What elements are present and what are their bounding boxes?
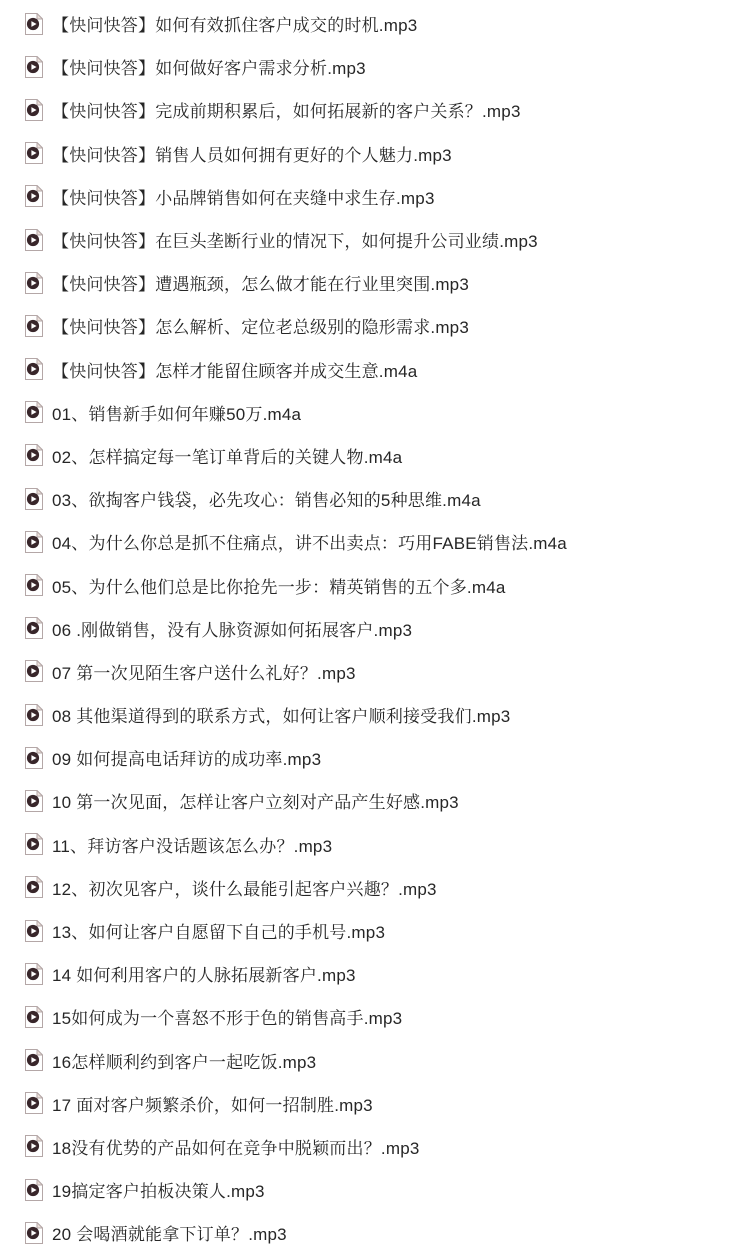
- file-name[interactable]: 08 其他渠道得到的联系方式，如何让客户顺利接受我们.mp3: [52, 702, 510, 727]
- media-file-icon: [25, 531, 43, 553]
- media-file-icon: [25, 1222, 43, 1244]
- file-row[interactable]: 【快问快答】遭遇瓶颈，怎么做才能在行业里突围.mp3: [0, 261, 730, 304]
- file-row[interactable]: 09 如何提高电话拜访的成功率.mp3: [0, 736, 730, 779]
- file-name[interactable]: 12、初次见客户，谈什么最能引起客户兴趣？.mp3: [52, 875, 437, 900]
- file-row[interactable]: 04、为什么你总是抓不住痛点，讲不出卖点：巧用FABE销售法.m4a: [0, 520, 730, 563]
- media-file-icon: [25, 13, 43, 35]
- file-row[interactable]: 19搞定客户拍板决策人.mp3: [0, 1168, 730, 1211]
- media-file-icon: [25, 185, 43, 207]
- media-file-icon: [25, 747, 43, 769]
- media-file-icon: [25, 315, 43, 337]
- media-file-icon: [25, 790, 43, 812]
- file-row[interactable]: 【快问快答】如何做好客户需求分析.mp3: [0, 45, 730, 88]
- file-name[interactable]: 13、如何让客户自愿留下自己的手机号.mp3: [52, 918, 385, 943]
- media-file-icon: [25, 876, 43, 898]
- file-row[interactable]: 16怎样顺利约到客户一起吃饭.mp3: [0, 1039, 730, 1082]
- file-row[interactable]: 【快问快答】如何有效抓住客户成交的时机.mp3: [0, 2, 730, 45]
- media-file-icon: [25, 229, 43, 251]
- media-file-icon: [25, 574, 43, 596]
- file-row[interactable]: 【快问快答】怎样才能留住顾客并成交生意.m4a: [0, 348, 730, 391]
- media-file-icon: [25, 142, 43, 164]
- file-row[interactable]: 05、为什么他们总是比你抢先一步：精英销售的五个多.m4a: [0, 563, 730, 606]
- media-file-icon: [25, 444, 43, 466]
- file-name[interactable]: 01、销售新手如何年赚50万.m4a: [52, 400, 301, 425]
- file-name[interactable]: 【快问快答】怎样才能留住顾客并成交生意.m4a: [52, 357, 417, 382]
- file-name[interactable]: 18没有优势的产品如何在竞争中脱颖而出？.mp3: [52, 1134, 420, 1159]
- file-row[interactable]: 【快问快答】完成前期积累后，如何拓展新的客户关系？.mp3: [0, 88, 730, 131]
- file-name[interactable]: 【快问快答】怎么解析、定位老总级别的隐形需求.mp3: [52, 313, 469, 338]
- file-row[interactable]: 18没有优势的产品如何在竞争中脱颖而出？.mp3: [0, 1125, 730, 1168]
- file-name[interactable]: 19搞定客户拍板决策人.mp3: [52, 1177, 265, 1202]
- media-file-icon: [25, 272, 43, 294]
- file-name[interactable]: 11、拜访客户没话题该怎么办？.mp3: [52, 832, 332, 857]
- media-file-icon: [25, 963, 43, 985]
- media-file-icon: [25, 56, 43, 78]
- media-file-icon: [25, 660, 43, 682]
- file-row[interactable]: 03、欲掏客户钱袋，必先攻心：销售必知的5种思维.m4a: [0, 477, 730, 520]
- media-file-icon: [25, 99, 43, 121]
- media-file-icon: [25, 704, 43, 726]
- file-name[interactable]: 16怎样顺利约到客户一起吃饭.mp3: [52, 1048, 316, 1073]
- media-file-icon: [25, 1179, 43, 1201]
- file-row[interactable]: 10 第一次见面，怎样让客户立刻对产品产生好感.mp3: [0, 779, 730, 822]
- media-file-icon: [25, 1135, 43, 1157]
- media-file-icon: [25, 920, 43, 942]
- file-name[interactable]: 09 如何提高电话拜访的成功率.mp3: [52, 745, 321, 770]
- file-name[interactable]: 【快问快答】销售人员如何拥有更好的个人魅力.mp3: [52, 141, 452, 166]
- media-file-icon: [25, 1006, 43, 1028]
- file-row[interactable]: 【快问快答】在巨头垄断行业的情况下，如何提升公司业绩.mp3: [0, 218, 730, 261]
- file-row[interactable]: 02、怎样搞定每一笔订单背后的关键人物.m4a: [0, 434, 730, 477]
- file-name[interactable]: 【快问快答】小品牌销售如何在夹缝中求生存.mp3: [52, 184, 435, 209]
- media-file-icon: [25, 488, 43, 510]
- media-file-icon: [25, 617, 43, 639]
- file-name[interactable]: 14 如何利用客户的人脉拓展新客户.mp3: [52, 961, 356, 986]
- file-row[interactable]: 01、销售新手如何年赚50万.m4a: [0, 391, 730, 434]
- file-row[interactable]: 13、如何让客户自愿留下自己的手机号.mp3: [0, 909, 730, 952]
- file-row[interactable]: 17 面对客户频繁杀价，如何一招制胜.mp3: [0, 1082, 730, 1125]
- file-name[interactable]: 15如何成为一个喜怒不形于色的销售高手.mp3: [52, 1004, 402, 1029]
- media-file-icon: [25, 358, 43, 380]
- file-name[interactable]: 10 第一次见面，怎样让客户立刻对产品产生好感.mp3: [52, 788, 459, 813]
- file-row[interactable]: 07 第一次见陌生客户送什么礼好？.mp3: [0, 650, 730, 693]
- file-name[interactable]: 【快问快答】如何做好客户需求分析.mp3: [52, 54, 366, 79]
- file-name[interactable]: 03、欲掏客户钱袋，必先攻心：销售必知的5种思维.m4a: [52, 486, 481, 511]
- file-name[interactable]: 17 面对客户频繁杀价，如何一招制胜.mp3: [52, 1091, 373, 1116]
- file-list: 【快问快答】如何有效抓住客户成交的时机.mp3 【快问快答】如何做好客户需求分析…: [0, 0, 730, 1254]
- file-row[interactable]: 15如何成为一个喜怒不形于色的销售高手.mp3: [0, 995, 730, 1038]
- file-row[interactable]: 20 会喝酒就能拿下订单？.mp3: [0, 1211, 730, 1254]
- file-name[interactable]: 20 会喝酒就能拿下订单？.mp3: [52, 1220, 287, 1245]
- file-row[interactable]: 【快问快答】销售人员如何拥有更好的个人魅力.mp3: [0, 132, 730, 175]
- file-row[interactable]: 14 如何利用客户的人脉拓展新客户.mp3: [0, 952, 730, 995]
- file-name[interactable]: 02、怎样搞定每一笔订单背后的关键人物.m4a: [52, 443, 402, 468]
- media-file-icon: [25, 833, 43, 855]
- file-row[interactable]: 06 .刚做销售，没有人脉资源如何拓展客户.mp3: [0, 607, 730, 650]
- file-name[interactable]: 04、为什么你总是抓不住痛点，讲不出卖点：巧用FABE销售法.m4a: [52, 529, 567, 554]
- file-row[interactable]: 12、初次见客户，谈什么最能引起客户兴趣？.mp3: [0, 866, 730, 909]
- file-name[interactable]: 05、为什么他们总是比你抢先一步：精英销售的五个多.m4a: [52, 573, 506, 598]
- file-name[interactable]: 07 第一次见陌生客户送什么礼好？.mp3: [52, 659, 356, 684]
- file-row[interactable]: 【快问快答】小品牌销售如何在夹缝中求生存.mp3: [0, 175, 730, 218]
- file-name[interactable]: 【快问快答】遭遇瓶颈，怎么做才能在行业里突围.mp3: [52, 270, 469, 295]
- file-name[interactable]: 【快问快答】如何有效抓住客户成交的时机.mp3: [52, 11, 417, 36]
- file-name[interactable]: 06 .刚做销售，没有人脉资源如何拓展客户.mp3: [52, 616, 412, 641]
- file-name[interactable]: 【快问快答】完成前期积累后，如何拓展新的客户关系？.mp3: [52, 97, 521, 122]
- file-name[interactable]: 【快问快答】在巨头垄断行业的情况下，如何提升公司业绩.mp3: [52, 227, 538, 252]
- media-file-icon: [25, 1092, 43, 1114]
- media-file-icon: [25, 1049, 43, 1071]
- file-row[interactable]: 【快问快答】怎么解析、定位老总级别的隐形需求.mp3: [0, 304, 730, 347]
- media-file-icon: [25, 401, 43, 423]
- file-row[interactable]: 11、拜访客户没话题该怎么办？.mp3: [0, 823, 730, 866]
- file-row[interactable]: 08 其他渠道得到的联系方式，如何让客户顺利接受我们.mp3: [0, 693, 730, 736]
